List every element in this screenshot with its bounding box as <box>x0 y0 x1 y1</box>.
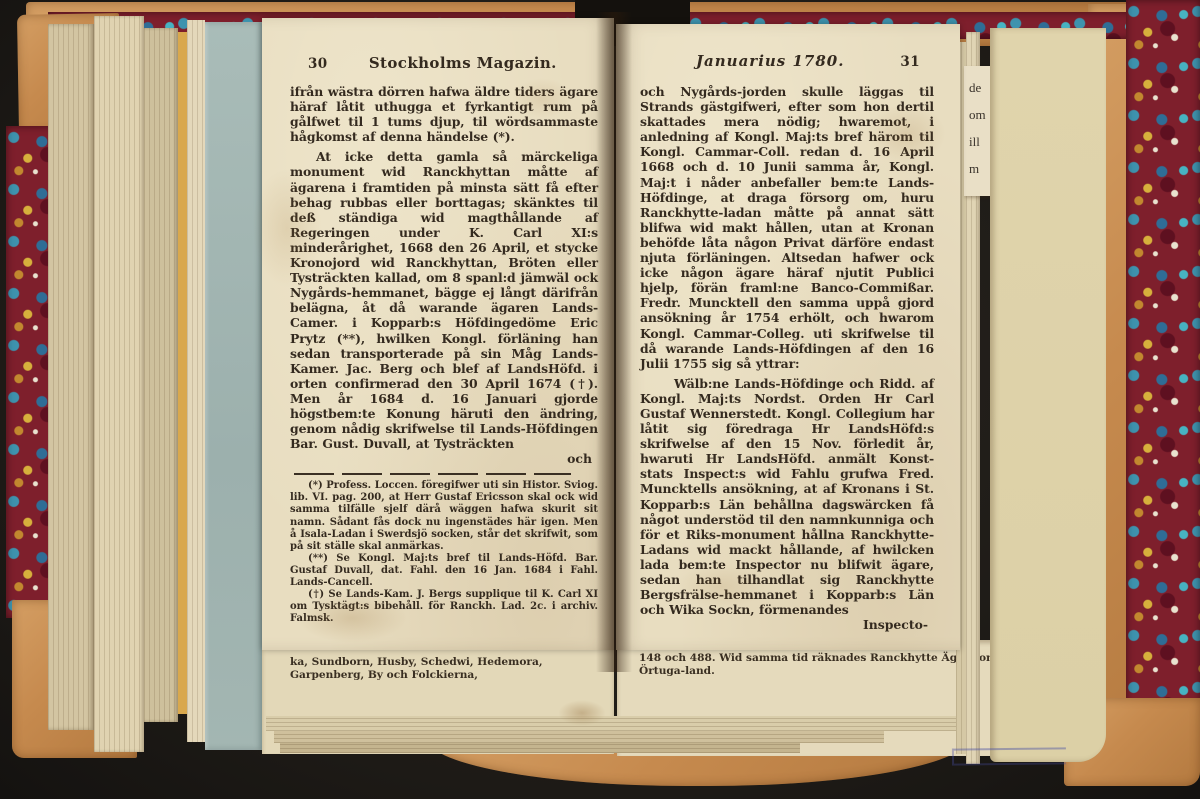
right-page-header: Januarius 1780. 31 <box>640 52 934 70</box>
photo-of-open-book: ka, Sundborn, Husby, Schedwi, Hedemora, … <box>0 0 1200 799</box>
left-running-title: Stockholms Magazin. <box>328 54 598 72</box>
left-page-body: ifrån wästra dörren hafwa äldre tiders ä… <box>290 84 598 451</box>
right-running-title: Januarius 1780. <box>640 52 900 70</box>
page-edges-strip <box>144 28 178 722</box>
tucked-page-with-fragments: de om ill m <box>964 66 991 196</box>
blue-interleaf-page <box>205 22 264 750</box>
blue-stamp-fragment <box>952 747 1066 765</box>
footnote: (†) Se Lands-Kam. J. Bergs supplique til… <box>290 589 598 625</box>
paragraph: Wälb:ne Lands-Höfdinge och Ridd. af Kong… <box>640 376 934 618</box>
footnote: (*) Profess. Loccen. föregifwer uti sin … <box>290 480 598 553</box>
page-edges-strip <box>48 24 94 730</box>
bottom-page-edges <box>266 716 956 731</box>
edge-text-fragment: ill <box>969 128 991 155</box>
right-catchword: Inspecto- <box>640 617 934 632</box>
bottom-page-edges <box>280 743 800 753</box>
footnote: (**) Se Kongl. Maj:ts bref til Lands-Höf… <box>290 553 598 589</box>
paragraph: At icke detta gamla så märckeliga monume… <box>290 149 598 451</box>
edge-text-fragment: om <box>969 101 991 128</box>
left-page-footnotes: (*) Profess. Loccen. föregifwer uti sin … <box>290 480 598 625</box>
left-page-number: 30 <box>308 56 328 72</box>
paragraph: ifrån wästra dörren hafwa äldre tiders ä… <box>290 84 598 144</box>
left-page-edge-stack <box>48 16 264 764</box>
right-flyleaf-page <box>990 28 1106 762</box>
paragraph: och Nygårds-jorden skulle läggas til Str… <box>640 84 934 371</box>
page-edges-strip <box>187 20 205 742</box>
page-edges-strip <box>94 16 144 752</box>
edge-text-fragment: de <box>969 74 991 101</box>
right-page-body: och Nygårds-jorden skulle läggas til Str… <box>640 84 934 617</box>
bottom-page-edges <box>274 731 884 743</box>
edge-text-fragment: m <box>969 155 991 182</box>
left-catchword: och <box>290 451 598 466</box>
gutter-shadow <box>596 12 632 672</box>
right-cover-marbled-board <box>1126 0 1200 740</box>
right-page: Januarius 1780. 31 och Nygårds-jorden sk… <box>616 24 960 650</box>
left-page: 30 Stockholms Magazin. ifrån wästra dörr… <box>262 18 614 650</box>
left-page-header: 30 Stockholms Magazin. <box>290 54 598 72</box>
footnote-rule <box>294 473 571 475</box>
yellow-page-sliver <box>178 32 187 714</box>
right-page-number: 31 <box>900 54 920 70</box>
right-page-edge-stack: de om ill m <box>956 24 1106 774</box>
